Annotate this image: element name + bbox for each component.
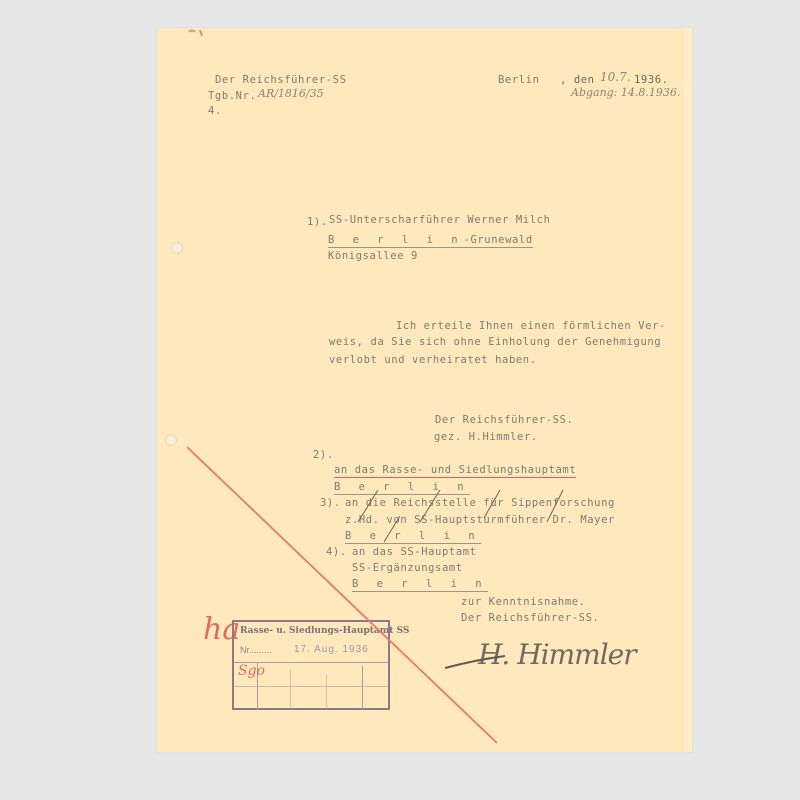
punch-hole-bottom	[165, 434, 177, 446]
item-3-line-2: z.Hd. von SS-Hauptsturmführer Dr. Mayer	[345, 514, 615, 527]
reference-number: AR/1816/35	[258, 87, 324, 100]
closing-2-note: zur Kenntnisnahme.	[461, 596, 586, 609]
recipient-1-number: 1).	[307, 216, 328, 229]
himmler-signature: H. Himmler	[478, 638, 636, 671]
place: Berlin	[498, 74, 540, 87]
closing-1-sender: Der Reichsführer-SS.	[435, 414, 573, 427]
recipient-1-city-line: B e r l i n-Grunewald	[328, 234, 533, 247]
recipient-1-street: Königsallee 9	[328, 250, 418, 263]
body-line-3: verlobt und verheiratet haben.	[329, 354, 537, 367]
closing-1-signed: gez. H.Himmler.	[434, 431, 538, 444]
item-3-line-1: an die Reichsstelle für Sippenforschung	[345, 497, 615, 510]
page-marker: 4.	[208, 105, 222, 118]
stamp-date: 17. Aug. 1936	[294, 644, 369, 655]
body-line-1: Ich erteile Ihnen einen förmlichen Ver-	[396, 320, 666, 333]
stamp-title: Rasse- u. Siedlungs-Hauptamt SS	[240, 626, 409, 636]
item-4-line-1: an das SS-Hauptamt	[352, 546, 477, 559]
punch-hole-top	[171, 242, 183, 254]
item-4-line-2: SS-Ergänzungsamt	[352, 562, 463, 575]
stamp-grid-line	[326, 674, 327, 710]
recipient-1-district: -Grunewald	[464, 234, 533, 248]
paper-edge-highlight	[684, 28, 692, 752]
item-4-line-3: B e r l i n	[352, 578, 488, 591]
stamp-nr-label: Nr.........	[240, 645, 272, 655]
stamp-grid-line	[362, 666, 363, 710]
date-day-month: 10.7.	[600, 70, 631, 84]
item-3-number: 3).	[320, 497, 341, 510]
sender-heading: Der Reichsführer-SS	[215, 74, 347, 87]
stamp-grid-line	[290, 670, 291, 710]
item-2-line-1: an das Rasse- und Siedlungshauptamt	[334, 464, 576, 477]
stamp-initials: Sgo	[238, 663, 265, 679]
item-2-line-2: B e r l i n	[334, 481, 470, 494]
reference-label: Tgb.Nr.	[208, 90, 256, 103]
dispatch-note: Abgang: 14.8.1936.	[571, 86, 680, 99]
recipient-1-name: SS-Unterscharführer Werner Milch	[329, 214, 551, 227]
item-2-number: 2).	[313, 449, 334, 462]
recipient-1-city: B e r l i n	[328, 234, 464, 248]
body-line-2: weis, da Sie sich ohne Einholung der Gen…	[329, 336, 661, 349]
item-4-number: 4).	[326, 546, 347, 559]
item-3-line-3: B e r l i n	[345, 530, 481, 543]
closing-2-sender: Der Reichsführer-SS.	[461, 612, 599, 625]
receipt-stamp: Rasse- u. Siedlungs-Hauptamt SS Nr......…	[232, 620, 390, 710]
